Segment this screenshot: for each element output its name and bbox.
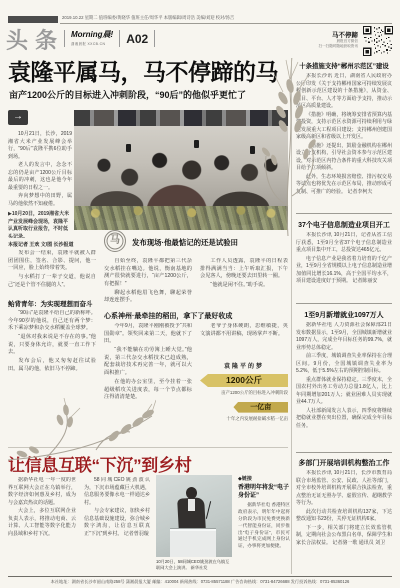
bottom-body-col2: 58同城CEO姚劲波认为，下沉市场蕴藏巨大机遇，信息服务要像水电一样通达乡村。与… bbox=[84, 477, 150, 571]
masthead-rule bbox=[60, 23, 392, 24]
section-divider bbox=[8, 447, 288, 448]
link-body: 据新华社电 香港特区政府表示，明年年中起将分阶段为市民免费更换新一代智能身份证，… bbox=[238, 502, 290, 572]
divider bbox=[119, 30, 120, 47]
footer-contact-line: 本社地址：湖南省长沙市韶山南路258号 潇湘晨报大厦 邮编：410004 新闻热… bbox=[8, 579, 392, 585]
logo-text: Morning晨! bbox=[71, 31, 113, 39]
lead-photo bbox=[74, 110, 288, 230]
section-title: 头条 bbox=[6, 24, 64, 55]
lead-intro: 10月21日，长沙，2019湘省大米产业发展峰会举行，“90后”袁隆平携6位助手… bbox=[8, 131, 72, 208]
qr-code bbox=[363, 26, 393, 56]
logo-subtext: 潇湘晨报 XXCB.CN bbox=[71, 41, 113, 46]
lead-body-col1: 发布会一结束，袁隆平就被人群团团围住，签名、合影、提问，他一一回应，脸上始终带着… bbox=[8, 250, 96, 296]
bottom-body-col1: 据新华社电 一年一度的世界互联网大会正在乌镇举行，数字经济如何惠及乡村，成为与会… bbox=[8, 477, 76, 571]
lead-subhead: 亩产1200公斤的目标进入冲刺阶段，“90后”的他似乎更忙了 bbox=[9, 88, 289, 101]
lead-intro-column: → 10月21日，长沙，2019湘省大米产业发展峰会举行，“90后”袁隆平携6位… bbox=[8, 110, 72, 238]
story-divider bbox=[296, 452, 392, 453]
story-divider bbox=[296, 213, 392, 214]
masthead-bar bbox=[8, 16, 58, 23]
crosshead-2: 鲐背青年：为实现理想而奋斗 bbox=[8, 299, 98, 308]
podium bbox=[170, 529, 216, 557]
divider bbox=[154, 30, 155, 47]
microphone bbox=[206, 501, 211, 519]
story-divider bbox=[296, 303, 392, 304]
speaker-shirt bbox=[188, 499, 195, 511]
lead-body-col2b: 今年9月，袁隆平刚刚被授予“共和国勋章”。领奖回来第二天，他就下了田。“我不能躺… bbox=[104, 323, 192, 442]
lead-body-col1b: “90后”是袁隆平给自己的新称呼。今年90岁的他说，自己还有两个梦：禾下乘凉梦和… bbox=[8, 310, 96, 396]
infobox-title: 袁隆平的梦 bbox=[200, 361, 288, 370]
newspaper-logo: Morning晨! 潇湘晨报 XXCB.CN bbox=[71, 31, 113, 46]
column-rule bbox=[291, 58, 292, 574]
link-title: 香港明年将发“电子身份证” bbox=[238, 484, 290, 500]
lead-headline: 袁隆平属马，马不停蹄的马 bbox=[8, 54, 294, 87]
lead-photo-note: ▶10月20日，2019湘省大米产业发展峰会现场，袁隆平认真听取行业报告，不时低… bbox=[8, 211, 72, 238]
infobox-band-100m-mu: 一亿亩 bbox=[233, 402, 288, 413]
lead-body-col2: 自始至终，袁隆平都把第三代杂交水稻挂在嘴边。他说，衡南基地的测产很快就要进行，“… bbox=[104, 258, 192, 308]
masthead-logo-group: Morning晨! 潇湘晨报 XXCB.CN A02 bbox=[64, 30, 155, 47]
newspaper-page: 2019.10.22 星期二 值班编委/黄晓华 值班主任/周华平 本版编辑/周诗… bbox=[0, 0, 400, 588]
photo-caption: 10月20日，58同城CEO姚劲波在乌镇互联网大会上演讲。 新华社发 bbox=[156, 559, 232, 572]
arrow-icon: → bbox=[8, 110, 28, 125]
phone-silhouette bbox=[194, 140, 199, 148]
divider bbox=[64, 30, 65, 47]
crosshead-1: 发布现场·他最惦记的还是试验田 bbox=[132, 237, 288, 248]
edition-info-line: 2019.10.22 星期二 值班编委/黄晓华 值班主任/周华平 本版编辑/周诗… bbox=[62, 15, 362, 21]
infobox-note-2: 十年之内发展耐盐碱水稻一亿亩 bbox=[200, 416, 288, 423]
page-number: A02 bbox=[126, 32, 148, 46]
right-story-3-body: 据新华社电 人力资源社会保障部21日发布数据显示，1至9月，全国城镇新增就业10… bbox=[296, 322, 392, 446]
footer-rule bbox=[8, 576, 392, 577]
lead-body-col3: 工作人员透露，袁隆平的日程表排得满满当当：上午听取汇报，下午会见客人，傍晚还要去… bbox=[200, 258, 288, 308]
wechat-title: 马不停蹄 bbox=[292, 30, 358, 39]
speaker-photo bbox=[156, 475, 232, 557]
phone-silhouette bbox=[126, 144, 131, 152]
wechat-line: 扫一扫随时随地获取资讯 bbox=[292, 44, 358, 49]
phone-silhouette bbox=[250, 146, 255, 154]
right-story-2-title: 37个电子信息制造业项目开工 bbox=[296, 220, 392, 230]
dream-infobox: 袁隆平的梦 1200公斤 亩产1200公斤的目标进入冲刺阶段 一亿亩 十年之内发… bbox=[200, 361, 288, 442]
byline-credit: 本报记者 王欢 文/图 长沙报道 bbox=[8, 241, 98, 248]
infobox-note-1: 亩产1200公斤的目标进入冲刺阶段 bbox=[200, 390, 288, 397]
photo-banner-strip bbox=[74, 110, 288, 126]
wechat-promo: 马不停蹄 晨报官方微信 扫一扫随时随地获取资讯 bbox=[292, 30, 358, 50]
bottom-headline: 让信息互联“下沉”到乡村 bbox=[8, 451, 290, 476]
lead-body-col3b: 老爷子身体硬朗，思维敏捷，英文演讲都不用讲稿，现场掌声不断。 bbox=[200, 323, 288, 358]
crosshead-3: 心系神州·最牵挂的稻田，拿下了最好收成 bbox=[104, 311, 288, 321]
foliage-foreground bbox=[74, 206, 288, 230]
right-story-2-body: 本报长沙讯 10月21日，记者从省工信厅获悉，1至9月全省37个电子信息制造业重… bbox=[296, 232, 392, 296]
infobox-band-1200kg: 1200公斤 bbox=[200, 374, 288, 387]
right-story-1-title: 十条措施支持“郴州示范区”建设 bbox=[296, 61, 392, 70]
right-story-1-body: 本报长沙讯 近日，湖南省人民政府办公厅印发《关于支持郴州国家可持续发展议程创新示… bbox=[296, 73, 392, 209]
right-story-3-title: 1至9月新增就业1097万人 bbox=[296, 310, 392, 320]
right-story-4-body: 本报长沙讯 10月21日，长沙市教育局联合市场监管、公安、民政、人社等部门，对全… bbox=[296, 470, 392, 572]
horse-zodiac-stamp: 马 bbox=[104, 230, 126, 252]
right-story-4-title: 多部门开展培训机构整治工作 bbox=[296, 458, 392, 468]
link-label: ◆链接 bbox=[238, 475, 252, 482]
